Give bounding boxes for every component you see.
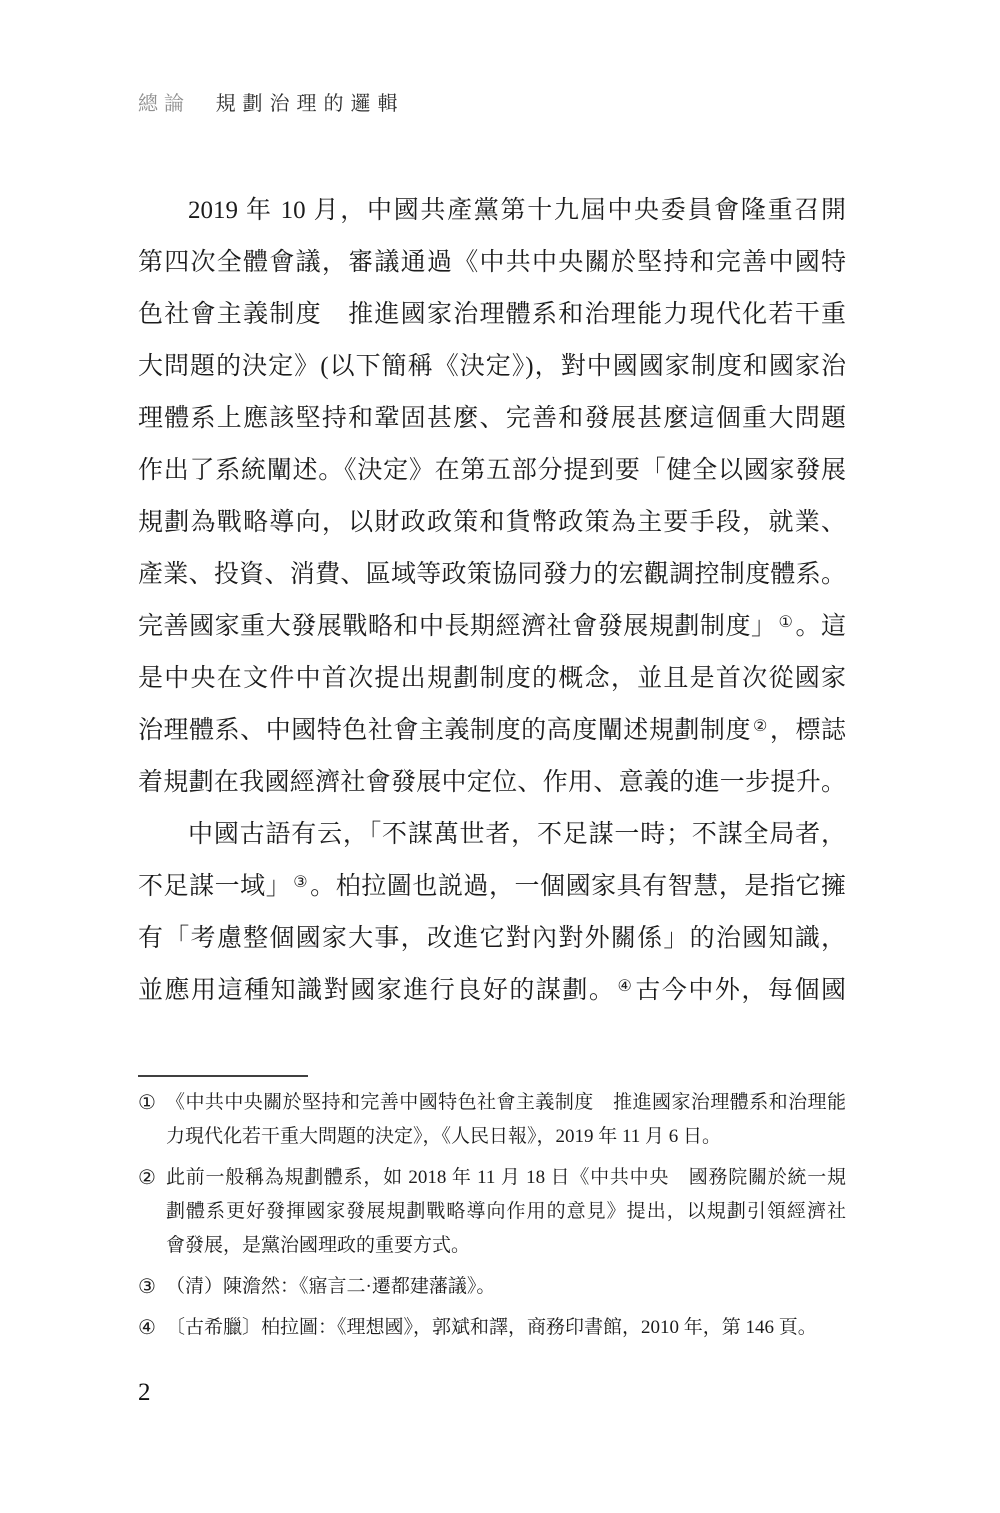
- text-line: 大問題的決定》(以下簡稱《決定》)，對中國國家制度和國家治: [138, 341, 846, 393]
- footnote-ref: ④: [617, 978, 633, 995]
- text-line: 完善國家重大發展戰略和中長期經濟社會發展規劃制度」①。這: [138, 601, 846, 653]
- text-line: 作出了系統闡述。《決定》在第五部分提到要「健全以國家發展: [138, 445, 846, 497]
- footnote-separator: [138, 1075, 308, 1077]
- footnote-item: ③（清）陳澹然：《寤言二·遷都建藩議》。: [138, 1270, 846, 1304]
- footnote-line: 會發展，是黨治國理政的重要方式。: [166, 1229, 846, 1263]
- chapter-title: 規劃治理的邏輯: [216, 93, 405, 115]
- footnote-marker: ④: [138, 1311, 156, 1345]
- section-label: 總論: [138, 93, 190, 115]
- footnote-ref: ②: [753, 718, 768, 735]
- footnote-ref: ①: [779, 614, 794, 631]
- footnote-line: 《中共中央關於堅持和完善中國特色社會主義制度 推進國家治理體系和治理能: [166, 1086, 846, 1120]
- footnote-marker: ③: [138, 1270, 156, 1304]
- text-line: 規劃為戰略導向，以財政政策和貨幣政策為主要手段，就業、: [138, 497, 846, 549]
- footnote-item: ②此前一般稱為規劃體系，如 2018 年 11 月 18 日《中共中央 國務院關…: [138, 1161, 846, 1263]
- text-line: 第四次全體會議，審議通過《中共中央關於堅持和完善中國特: [138, 237, 846, 289]
- footnote-line: 劃體系更好發揮國家發展規劃戰略導向作用的意見》提出，以規劃引領經濟社: [166, 1195, 846, 1229]
- footnote-marker: ①: [138, 1086, 156, 1120]
- text-line: 色社會主義制度 推進國家治理體系和治理能力現代化若干重: [138, 289, 846, 341]
- text-line: 治理體系、中國特色社會主義制度的高度闡述規劃制度②，標誌: [138, 705, 846, 757]
- footnote-item: ④〔古希臘〕柏拉圖：《理想國》，郭斌和譯，商務印書館，2010 年，第 146 …: [138, 1311, 846, 1345]
- text-line: 不足謀一域」③。柏拉圖也説過，一個國家具有智慧，是指它擁: [138, 861, 846, 913]
- footnote-line: 〔古希臘〕柏拉圖：《理想國》，郭斌和譯，商務印書館，2010 年，第 146 頁…: [166, 1311, 846, 1345]
- footnote-line: 力現代化若干重大問題的決定》，《人民日報》，2019 年 11 月 6 日。: [166, 1120, 846, 1154]
- page-number: 2: [138, 1378, 151, 1407]
- footnote-line: （清）陳澹然：《寤言二·遷都建藩議》。: [166, 1270, 846, 1304]
- text-line: 2019 年 10 月，中國共產黨第十九屆中央委員會隆重召開: [138, 185, 846, 237]
- text-line: 中國古語有云，「不謀萬世者，不足謀一時；不謀全局者，: [138, 809, 846, 861]
- page-header: 總論 規劃治理的邏輯: [138, 92, 405, 116]
- text-line: 有「考慮整個國家大事，改進它對內對外關係」的治國知識，: [138, 913, 846, 965]
- footnotes: ①《中共中央關於堅持和完善中國特色社會主義制度 推進國家治理體系和治理能力現代化…: [138, 1086, 846, 1352]
- text-line: 着規劃在我國經濟社會發展中定位、作用、意義的進一步提升。: [138, 757, 846, 809]
- footnote-line: 此前一般稱為規劃體系，如 2018 年 11 月 18 日《中共中央 國務院關於…: [166, 1161, 846, 1195]
- text-line: 理體系上應該堅持和鞏固甚麼、完善和發展甚麼這個重大問題: [138, 393, 846, 445]
- footnote-ref: ③: [293, 874, 308, 891]
- text-line: 並應用這種知識對國家進行良好的謀劃。④古今中外，每個國: [138, 965, 846, 1017]
- footnote-marker: ②: [138, 1161, 156, 1195]
- text-line: 產業、投資、消費、區域等政策協同發力的宏觀調控制度體系。: [138, 549, 846, 601]
- book-page: 總論 規劃治理的邏輯 2019 年 10 月，中國共產黨第十九屆中央委員會隆重召…: [0, 0, 1000, 1513]
- text-line: 是中央在文件中首次提出規劃制度的概念，並且是首次從國家: [138, 653, 846, 705]
- body-text: 2019 年 10 月，中國共產黨第十九屆中央委員會隆重召開第四次全體會議，審議…: [138, 185, 846, 1017]
- footnote-item: ①《中共中央關於堅持和完善中國特色社會主義制度 推進國家治理體系和治理能力現代化…: [138, 1086, 846, 1154]
